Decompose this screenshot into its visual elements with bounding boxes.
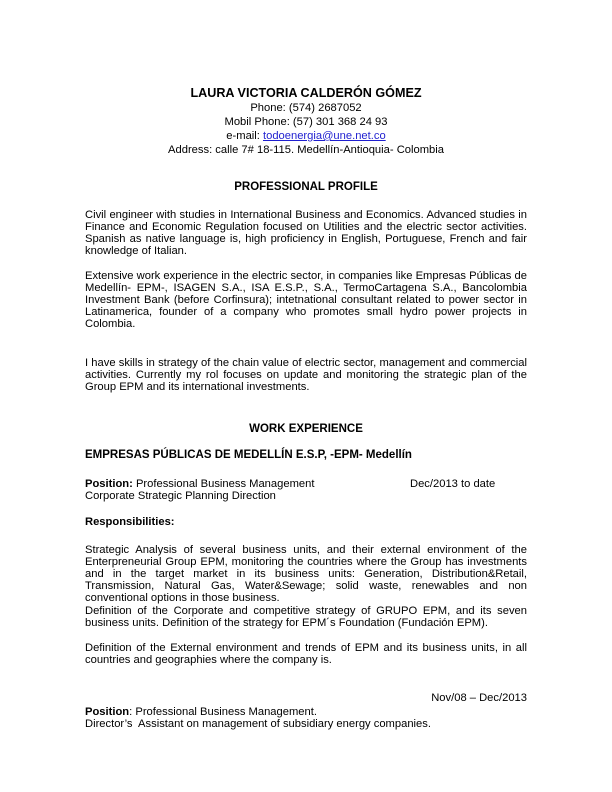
contact-header: LAURA VICTORIA CALDERÓN GÓMEZ Phone: (57… [0,86,612,157]
job2-position-line: Position: Professional Business Manageme… [85,706,527,718]
email-line: e-mail: todoenergia@une.net.co [0,129,612,143]
responsibility-2: Definition of the Corporate and competit… [85,605,527,629]
responsibility-1: Strategic Analysis of several business u… [85,544,527,604]
job2-position-label: Position [85,706,129,718]
job1-dates: Dec/2013 to date [410,478,495,490]
email-label: e-mail: [226,130,263,142]
experience-heading: WORK EXPERIENCE [85,423,527,435]
responsibility-3: Definition of the External environment a… [85,642,527,666]
address: Address: calle 7# 18-115. Medellín-Antio… [0,143,612,157]
job2-position: : Professional Business Management. [129,706,317,718]
profile-paragraph-3: I have skills in strategy of the chain v… [85,357,527,393]
mobile-phone: Mobil Phone: (57) 301 368 24 93 [0,115,612,129]
job1-position-line: Position: Professional Business Manageme… [85,478,527,490]
job1-position-label: Position: [85,478,133,490]
profile-paragraph-1: Civil engineer with studies in Internati… [85,209,527,257]
profile-paragraph-2: Extensive work experience in the electri… [85,270,527,330]
responsibilities-heading: Responsibilities: [85,516,527,528]
profile-heading: PROFESSIONAL PROFILE [85,181,527,193]
job2-description: Director’s Assistant on management of su… [85,718,527,730]
job1-position: Professional Business Management [136,478,314,490]
job2-dates: Nov/08 – Dec/2013 [85,692,527,704]
candidate-name: LAURA VICTORIA CALDERÓN GÓMEZ [0,86,612,101]
phone: Phone: (574) 2687052 [0,101,612,115]
job1-department: Corporate Strategic Planning Direction [85,490,527,502]
email-link[interactable]: todoenergia@une.net.co [263,130,386,142]
company-name: EMPRESAS PÚBLICAS DE MEDELLÍN E.S.P, -EP… [85,449,527,461]
